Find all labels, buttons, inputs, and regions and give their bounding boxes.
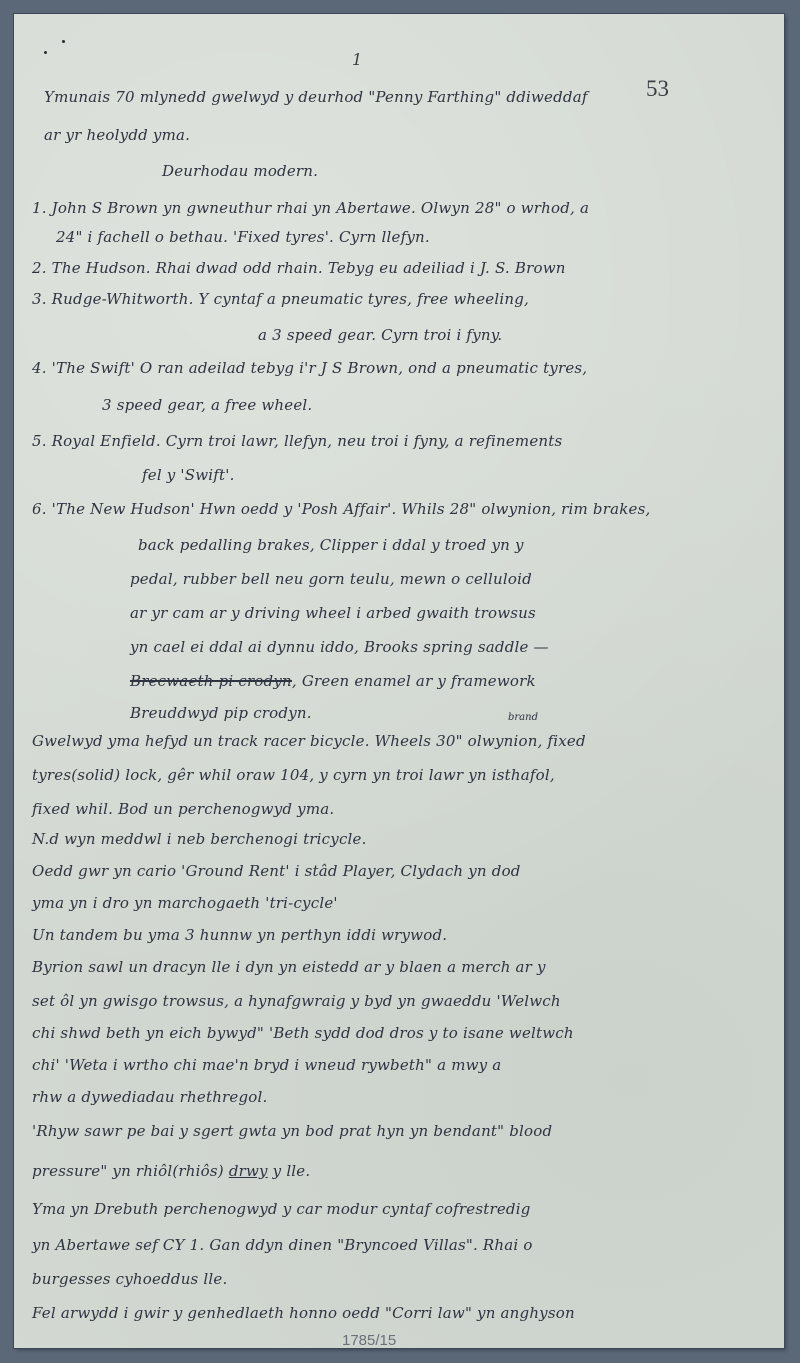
text-line: fixed whil. Bod un perchenogwyd yma.: [32, 800, 334, 818]
text-line: 24" i fachell o bethau. 'Fixed tyres'. C…: [56, 228, 430, 246]
text-line: chi shwd beth yn eich bywyd" 'Beth sydd …: [32, 1024, 574, 1042]
text-line: pedal, rubber bell neu gorn teulu, mewn …: [130, 570, 532, 588]
text-line: set ôl yn gwisgo trowsus, a hynafgwraig …: [32, 992, 561, 1010]
text-line: 'Rhyw sawr pe bai y sgert gwta yn bod pr…: [32, 1122, 552, 1140]
text-line: yn cael ei ddal ai dynnu iddo, Brooks sp…: [130, 638, 549, 656]
struck-out-text: Brecwaeth pi crodyn: [130, 672, 292, 690]
list-item: 2. The Hudson. Rhai dwad odd rhain. Teby…: [32, 259, 566, 277]
text-line: Breuddwyd pip crodyn.: [130, 704, 312, 722]
text-line: Un tandem bu yma 3 hunnw yn perthyn iddi…: [32, 926, 447, 944]
text-line: fel y 'Swift'.: [142, 466, 235, 484]
list-item: 6. 'The New Hudson' Hwn oedd y 'Posh Aff…: [32, 500, 650, 518]
text-line: a 3 speed gear. Cyrn troi i fyny.: [258, 326, 502, 344]
text-line: ar yr cam ar y driving wheel i arbed gwa…: [130, 604, 536, 622]
text-line: 3 speed gear, a free wheel.: [102, 396, 312, 414]
ink-dot: [44, 51, 47, 54]
text-line: rhw a dywediadau rhethregol.: [32, 1088, 268, 1106]
folio-number: 53: [646, 76, 669, 102]
page-mark: 1: [352, 50, 362, 69]
section-heading: Deurhodau modern.: [162, 162, 318, 180]
text-line: pressure" yn rhiôl(rhiôs) drwy y lle.: [32, 1162, 310, 1180]
underlined-text: drwy: [229, 1162, 268, 1180]
text-line: Gwelwyd yma hefyd un track racer bicycle…: [32, 732, 586, 750]
list-item: 3. Rudge-Whitworth. Y cyntaf a pneumatic…: [32, 290, 529, 308]
ink-dot: [62, 40, 65, 43]
text-line: Fel arwydd i gwir y genhedlaeth honno oe…: [32, 1304, 575, 1322]
text-line: chi' 'Weta i wrtho chi mae'n bryd i wneu…: [32, 1056, 501, 1074]
list-item: 4. 'The Swift' O ran adeilad tebyg i'r J…: [32, 359, 587, 377]
text-line: burgesses cyhoeddus lle.: [32, 1270, 227, 1288]
text-line: N.d wyn meddwl i neb berchenogi tricycle…: [32, 830, 367, 848]
text-line: tyres(solid) lock, gêr whil oraw 104, y …: [32, 766, 555, 784]
document-page: 1 53 Ymunais 70 mlynedd gwelwyd y deurho…: [14, 14, 784, 1348]
text-line: yma yn i dro yn marchogaeth 'tri-cycle': [32, 894, 338, 912]
list-item: 5. Royal Enfield. Cyrn troi lawr, llefyn…: [32, 432, 562, 450]
text-line: Byrion sawl un dracyn lle i dyn yn eiste…: [32, 958, 546, 976]
text-line: yn Abertawe sef CY 1. Gan ddyn dinen "Br…: [32, 1236, 533, 1254]
list-item: 1. John S Brown yn gwneuthur rhai yn Abe…: [32, 199, 589, 217]
archive-reference: 1785/15: [342, 1332, 396, 1349]
text-line: back pedalling brakes, Clipper i ddal y …: [138, 536, 524, 554]
superscript-note: brand: [508, 712, 538, 723]
text-line: Yma yn Drebuth perchenogwyd y car modur …: [32, 1200, 531, 1218]
text-line: ar yr heolydd yma.: [44, 126, 190, 144]
text-line: Oedd gwr yn cario 'Ground Rent' i stâd P…: [32, 862, 521, 880]
text-line: Ymunais 70 mlynedd gwelwyd y deurhod "Pe…: [44, 88, 588, 106]
text-line-with-strikethrough: Brecwaeth pi crodyn, Green enamel ar y f…: [130, 672, 536, 690]
